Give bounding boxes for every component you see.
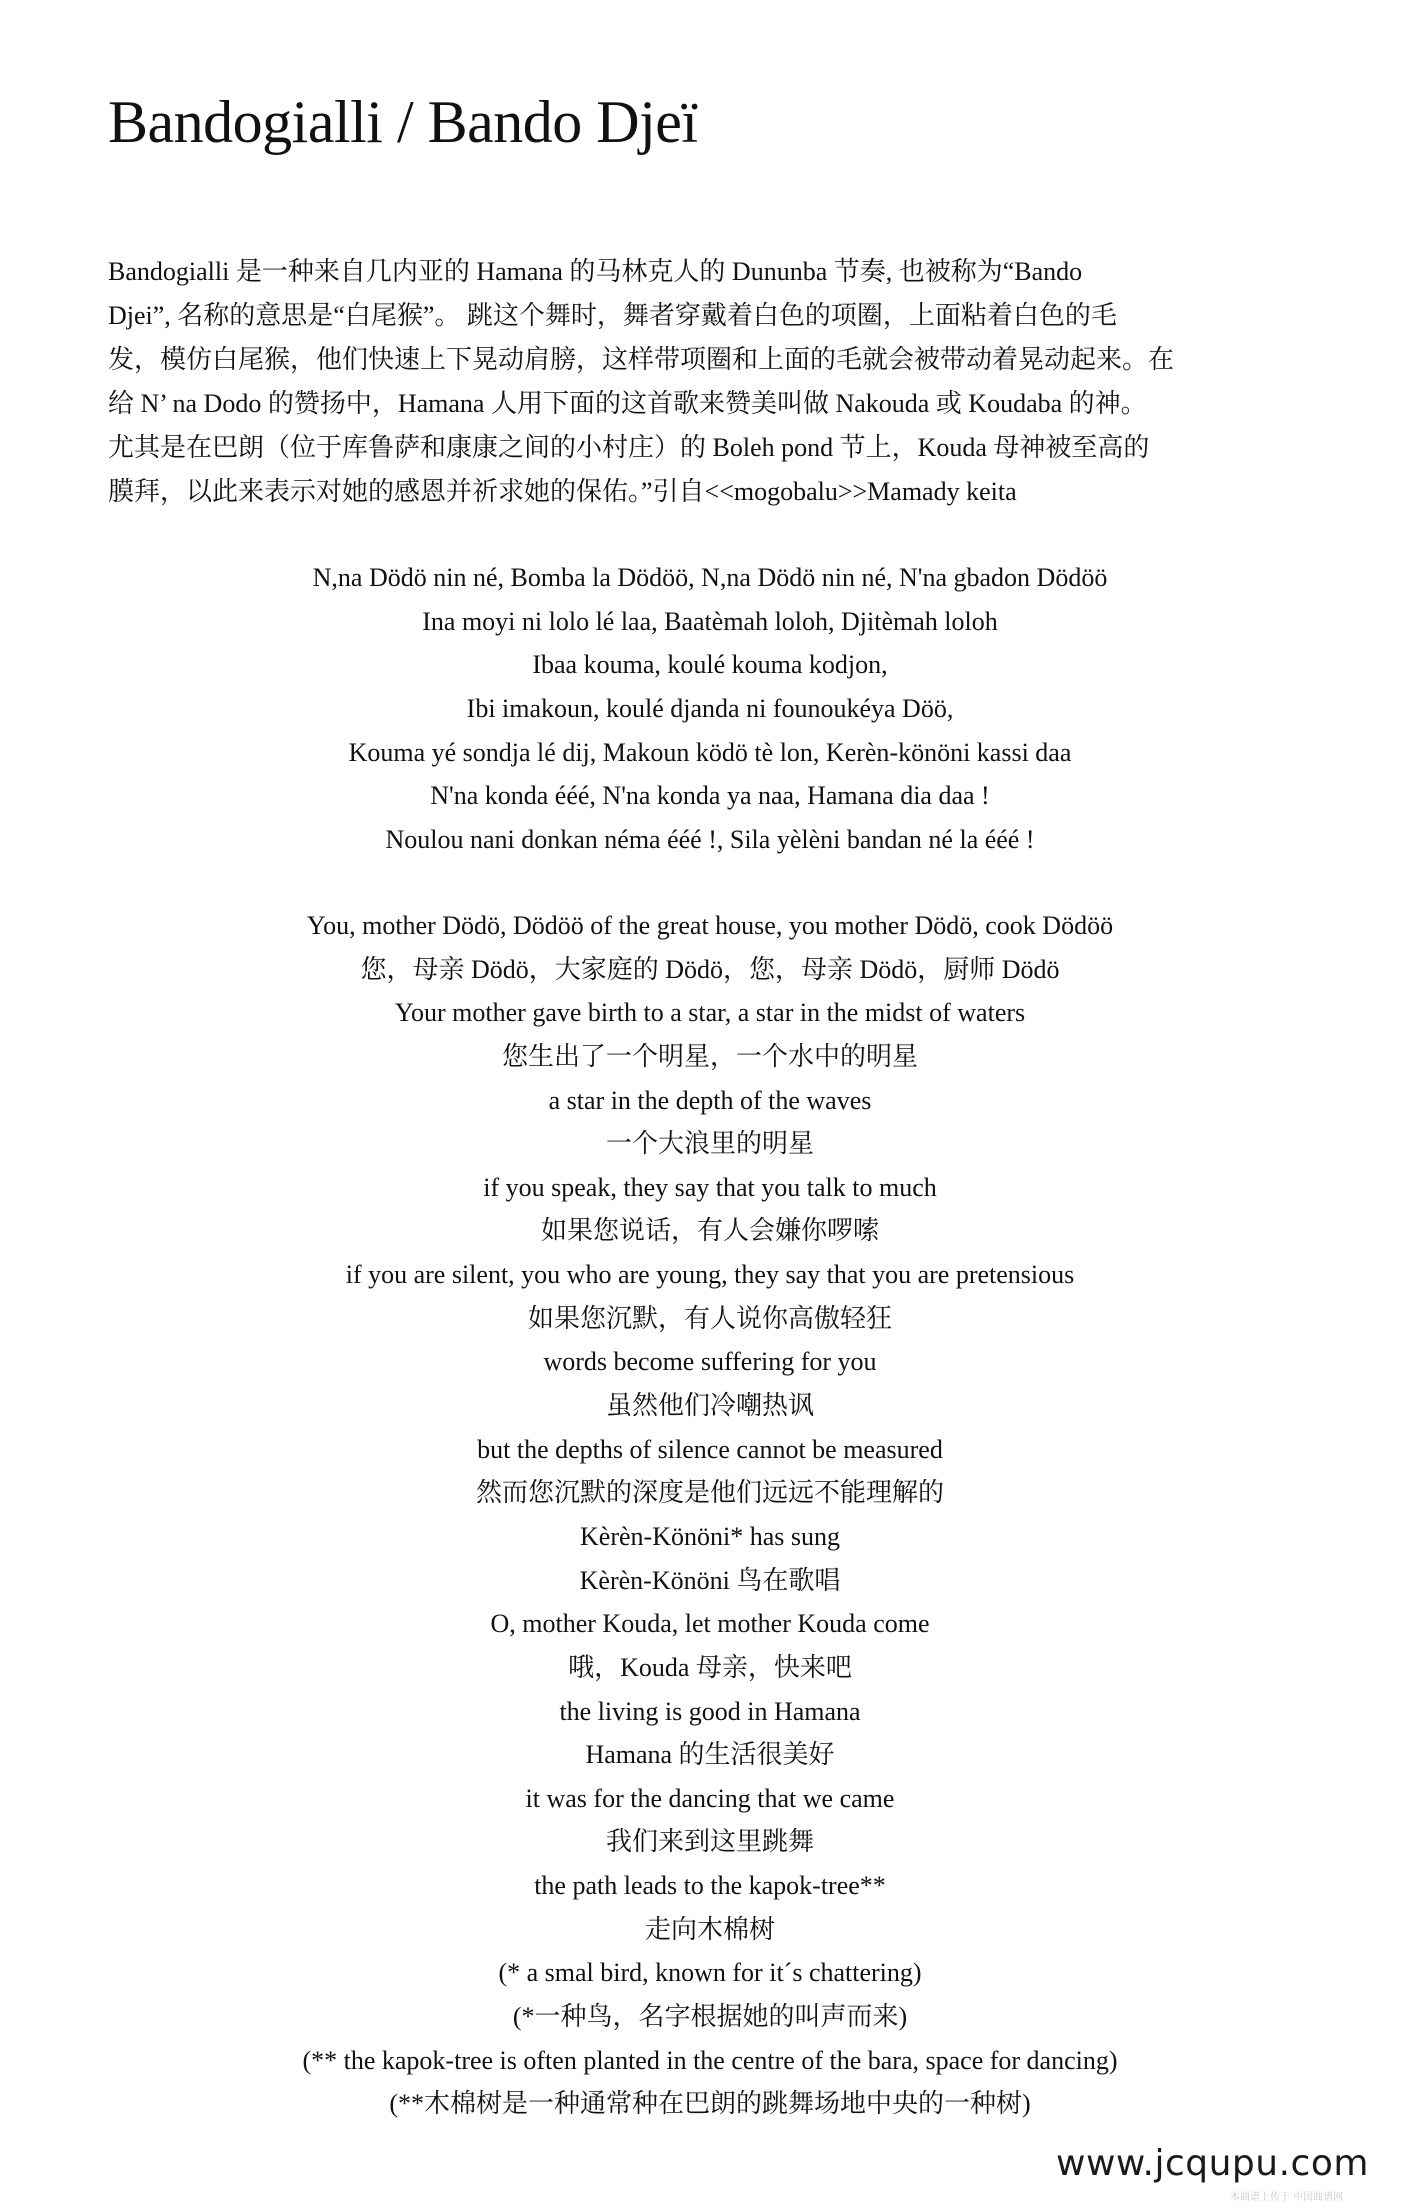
translation-line: 走向木棉树 [0, 1908, 1419, 1952]
translation-line: 哦，Kouda 母亲，快来吧 [0, 1646, 1419, 1690]
lyrics-translation: You, mother Dödö, Dödöö of the great hou… [0, 904, 1419, 2126]
page-title: Bandogialli / Bando Djeï [108, 86, 698, 158]
footnote-line: (* a smal bird, known for it´s chatterin… [0, 1951, 1419, 1995]
translation-line: 您，母亲 Dödö，大家庭的 Dödö，您，母亲 Dödö，厨师 Dödö [0, 948, 1419, 992]
translation-line: words become suffering for you [0, 1340, 1419, 1384]
footnote-line: (** the kapok-tree is often planted in t… [0, 2039, 1419, 2083]
intro-line: 发，模仿白尾猴，他们快速上下晃动肩膀，这样带项圈和上面的毛就会被带动着晃动起来。… [108, 338, 1348, 382]
translation-line: Hamana 的生活很美好 [0, 1733, 1419, 1777]
translation-line: it was for the dancing that we came [0, 1777, 1419, 1821]
translation-line: but the depths of silence cannot be meas… [0, 1428, 1419, 1472]
translation-line: 如果您说话，有人会嫌你啰嗦 [0, 1209, 1419, 1253]
intro-line: Djei”, 名称的意思是“白尾猴”。 跳这个舞时，舞者穿戴着白色的项圈，上面粘… [108, 294, 1348, 338]
footnote-line: (**木棉树是一种通常种在巴朗的跳舞场地中央的一种树) [0, 2082, 1419, 2126]
intro-line: 膜拜，以此来表示对她的感恩并祈求她的保佑。”引自<<mogobalu>>Mama… [108, 470, 1348, 514]
lyric-line: N,na Dödö nin né, Bomba la Dödöö, N,na D… [0, 556, 1419, 600]
translation-line: the living is good in Hamana [0, 1690, 1419, 1734]
translation-line: 我们来到这里跳舞 [0, 1820, 1419, 1864]
translation-line: 如果您沉默，有人说你高傲轻狂 [0, 1297, 1419, 1341]
lyric-line: Ina moyi ni lolo lé laa, Baatèmah loloh,… [0, 600, 1419, 644]
lyric-line: Noulou nani donkan néma ééé !, Sila yèlè… [0, 818, 1419, 862]
watermark-subtext: 本曲谱上传于 中国曲谱网 [1230, 2188, 1343, 2203]
lyric-line: N'na konda ééé, N'na konda ya naa, Haman… [0, 774, 1419, 818]
translation-line: You, mother Dödö, Dödöö of the great hou… [0, 904, 1419, 948]
intro-paragraph: Bandogialli 是一种来自几内亚的 Hamana 的马林克人的 Dunu… [108, 250, 1348, 514]
lyric-line: Ibi imakoun, koulé djanda ni founoukéya … [0, 687, 1419, 731]
translation-line: 一个大浪里的明星 [0, 1122, 1419, 1166]
footnote-line: (*一种鸟，名字根据她的叫声而来) [0, 1995, 1419, 2039]
lyric-line: Kouma yé sondja lé dij, Makoun ködö tè l… [0, 731, 1419, 775]
translation-line: Your mother gave birth to a star, a star… [0, 991, 1419, 1035]
translation-line: 然而您沉默的深度是他们远远不能理解的 [0, 1471, 1419, 1515]
translation-line: a star in the depth of the waves [0, 1079, 1419, 1123]
lyric-line: Ibaa kouma, koulé kouma kodjon, [0, 643, 1419, 687]
intro-line: 尤其是在巴朗（位于库鲁萨和康康之间的小村庄）的 Boleh pond 节上，Ko… [108, 426, 1348, 470]
translation-line: Kèrèn-Könöni 鸟在歌唱 [0, 1559, 1419, 1603]
intro-line: 给 N’ na Dodo 的赞扬中，Hamana 人用下面的这首歌来赞美叫做 N… [108, 382, 1348, 426]
translation-line: 虽然他们冷嘲热讽 [0, 1384, 1419, 1428]
translation-line: the path leads to the kapok-tree** [0, 1864, 1419, 1908]
translation-line: if you are silent, you who are young, th… [0, 1253, 1419, 1297]
translation-line: if you speak, they say that you talk to … [0, 1166, 1419, 1210]
translation-line: O, mother Kouda, let mother Kouda come [0, 1602, 1419, 1646]
translation-line: Kèrèn-Könöni* has sung [0, 1515, 1419, 1559]
intro-line: Bandogialli 是一种来自几内亚的 Hamana 的马林克人的 Dunu… [108, 250, 1348, 294]
lyrics-original: N,na Dödö nin né, Bomba la Dödöö, N,na D… [0, 556, 1419, 862]
watermark-url: www.jcqupu.com [1056, 2143, 1369, 2184]
translation-line: 您生出了一个明星，一个水中的明星 [0, 1035, 1419, 1079]
